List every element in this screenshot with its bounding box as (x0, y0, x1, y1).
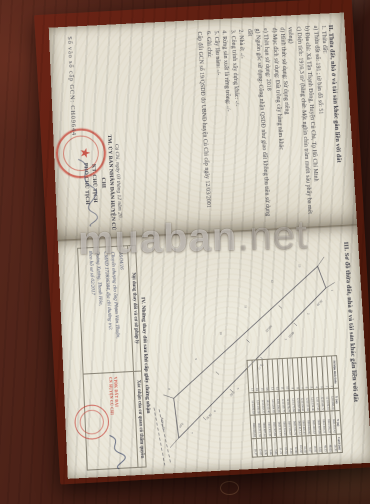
diagram-label: 12 (270, 280, 274, 283)
diagram-label: 2 (306, 313, 310, 315)
diagram-label: 3 (284, 338, 288, 340)
registry-stamp-text: VPĐK ĐẤT ĐAICN HUYỆN CỦ CHI (106, 377, 119, 416)
diagram-label: 7 (190, 432, 194, 434)
diagram-label: 13 (297, 264, 301, 267)
diagram-label: 10 (219, 332, 223, 335)
muaban-watermark: muaban.net (62, 213, 323, 265)
changes-confirmation-cell: VPĐK ĐẤT ĐAICN HUYỆN CỦ CHI (83, 371, 138, 470)
changes-content-cell: 16/04/16Chuyển nhượng cho ông Phạm Văn T… (78, 246, 134, 374)
page3-doc-surface: III. Sơ đồ thửa đất, nhà ở và tài sản kh… (62, 231, 368, 473)
registrar-signature-scribble (101, 431, 129, 471)
coordinates-body: 11211208.350601318.4226.3021211189.10060… (247, 356, 337, 457)
changes-table: Nội dung thay đổi và cơ sở pháp lý Xác n… (77, 245, 147, 471)
wood-knot (220, 481, 239, 495)
diagram-label: 9 (194, 358, 198, 360)
section-4-block: IV. Những thay đổi sau khi cấp giấy chứn… (77, 244, 154, 470)
page-section-2: II. Thửa đất, nhà ở và tài sản khác gắn … (49, 13, 357, 242)
handwritten-transfer-note: 16/04/16Chuyển nhượng cho ông Phạm Văn T… (85, 248, 133, 372)
diagram-label: 8 (167, 388, 171, 390)
diagram-label: 5 (236, 388, 240, 390)
watermark-bold: muaban (77, 215, 237, 263)
diagram-label: 11 (244, 305, 248, 308)
section-2-lines: 1. Thửa đất:a) Thửa đất số: 191 ; tờ bản… (195, 25, 339, 224)
page-section-3-4: III. Sơ đồ thửa đất, nhà ở và tài sản kh… (58, 226, 370, 479)
diagram-label: 6 (213, 410, 217, 412)
watermark-light: .net (237, 213, 309, 259)
text-line: CN HUYỆN CỦ CHI (106, 377, 113, 415)
book-entry-number: Số vào sổ cấp GCN: CH09644 (66, 36, 77, 136)
section-2-block: II. Thửa đất, nhà ở và tài sản khác gắn … (195, 25, 346, 224)
table-cell: 18.37 (252, 439, 258, 458)
page2-doc-surface: II. Thửa đất, nhà ở và tài sản khác gắn … (53, 17, 353, 238)
coordinates-table: Số hiệu đỉnh thửaX (m)Y (m)Cạnh (m) 1121… (247, 355, 343, 458)
diagram-label: 1 (330, 290, 334, 292)
photo-of-land-certificate: { "watermark": { "bold": "muaban", "ligh… (0, 0, 370, 504)
